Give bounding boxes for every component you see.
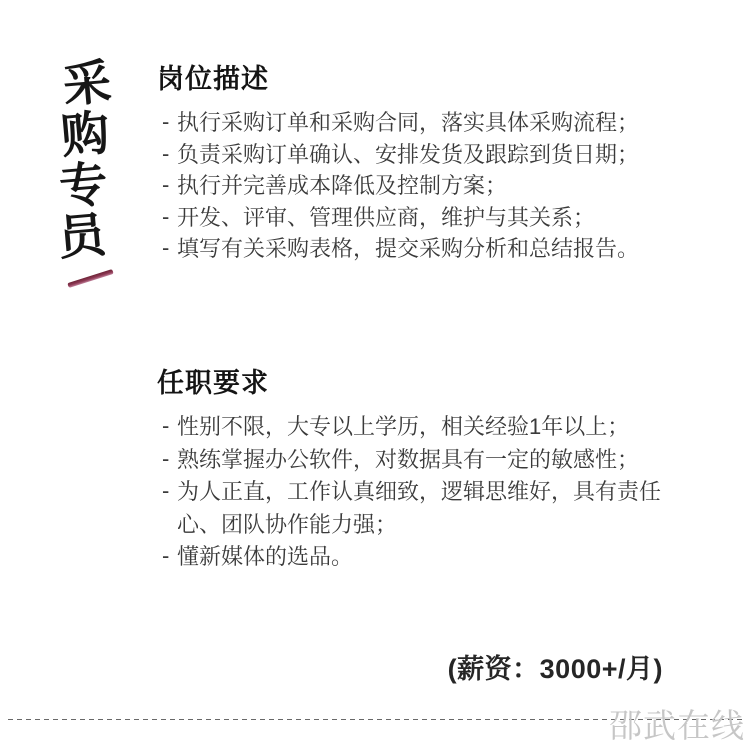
- list-item-text: 负责采购订单确认、安排发货及跟踪到货日期；: [177, 142, 639, 167]
- list-item-text: 为人正直，工作认真细致，逻辑思维好，具有责任心、团队协作能力强；: [177, 479, 661, 537]
- bullet-dash: -: [162, 138, 169, 170]
- list-item: - 执行并完善成本降低及控制方案；: [157, 170, 679, 202]
- job-poster: 采 购 专 员 岗位描述 - 执行采购订单和采购合同，落实具体采购流程； - 负…: [0, 0, 750, 750]
- job-title-vertical: 采 购 专 员: [57, 59, 112, 263]
- list-item: - 为人正直，工作认真细致，逻辑思维好，具有责任心、团队协作能力强；: [157, 476, 679, 541]
- job-requirements-section: 任职要求 - 性别不限，大专以上学历，相关经验1年以上； - 熟练掌握办公软件，…: [157, 368, 679, 574]
- list-item: - 性别不限，大专以上学历，相关经验1年以上；: [157, 411, 679, 444]
- salary-note: (薪资：3000+/月): [448, 653, 663, 685]
- bullet-dash: -: [162, 443, 169, 476]
- job-requirements-heading: 任职要求: [157, 368, 679, 398]
- list-item: - 熟练掌握办公软件，对数据具有一定的敏感性；: [157, 444, 679, 477]
- list-item-text: 执行采购订单和采购合同，落实具体采购流程；: [177, 110, 639, 135]
- list-item: - 执行采购订单和采购合同，落实具体采购流程；: [157, 107, 679, 139]
- list-item: - 懂新媒体的选品。: [157, 541, 679, 574]
- bullet-dash: -: [162, 201, 169, 233]
- list-item: - 负责采购订单确认、安排发货及跟踪到货日期；: [157, 139, 679, 171]
- bullet-dash: -: [162, 232, 169, 264]
- watermark-text: 邵武在线: [609, 708, 745, 744]
- bullet-dash: -: [162, 169, 169, 201]
- list-item-text: 熟练掌握办公软件，对数据具有一定的敏感性；: [177, 447, 639, 472]
- job-title-char: 采: [61, 58, 113, 111]
- list-item-text: 懂新媒体的选品。: [177, 544, 353, 569]
- job-description-section: 岗位描述 - 执行采购订单和采购合同，落实具体采购流程； - 负责采购订单确认、…: [157, 64, 679, 265]
- bullet-dash: -: [162, 540, 169, 573]
- bullet-dash: -: [162, 475, 169, 508]
- list-item-text: 执行并完善成本降低及控制方案；: [177, 173, 507, 198]
- job-title-char: 专: [58, 160, 110, 213]
- accent-slash: [67, 269, 113, 288]
- list-item-text: 开发、评审、管理供应商，维护与其关系；: [177, 205, 595, 230]
- job-requirements-list: - 性别不限，大专以上学历，相关经验1年以上； - 熟练掌握办公软件，对数据具有…: [157, 411, 679, 574]
- list-item: - 填写有关采购表格，提交采购分析和总结报告。: [157, 233, 679, 265]
- bullet-dash: -: [162, 410, 169, 443]
- job-description-heading: 岗位描述: [157, 64, 679, 94]
- list-item-text: 填写有关采购表格，提交采购分析和总结报告。: [177, 236, 639, 261]
- list-item-text: 性别不限，大专以上学历，相关经验1年以上；: [177, 414, 629, 439]
- bullet-dash: -: [162, 106, 169, 138]
- job-title-char: 购: [59, 109, 111, 162]
- job-title-char: 员: [56, 211, 108, 264]
- list-item: - 开发、评审、管理供应商，维护与其关系；: [157, 202, 679, 234]
- job-description-list: - 执行采购订单和采购合同，落实具体采购流程； - 负责采购订单确认、安排发货及…: [157, 107, 679, 265]
